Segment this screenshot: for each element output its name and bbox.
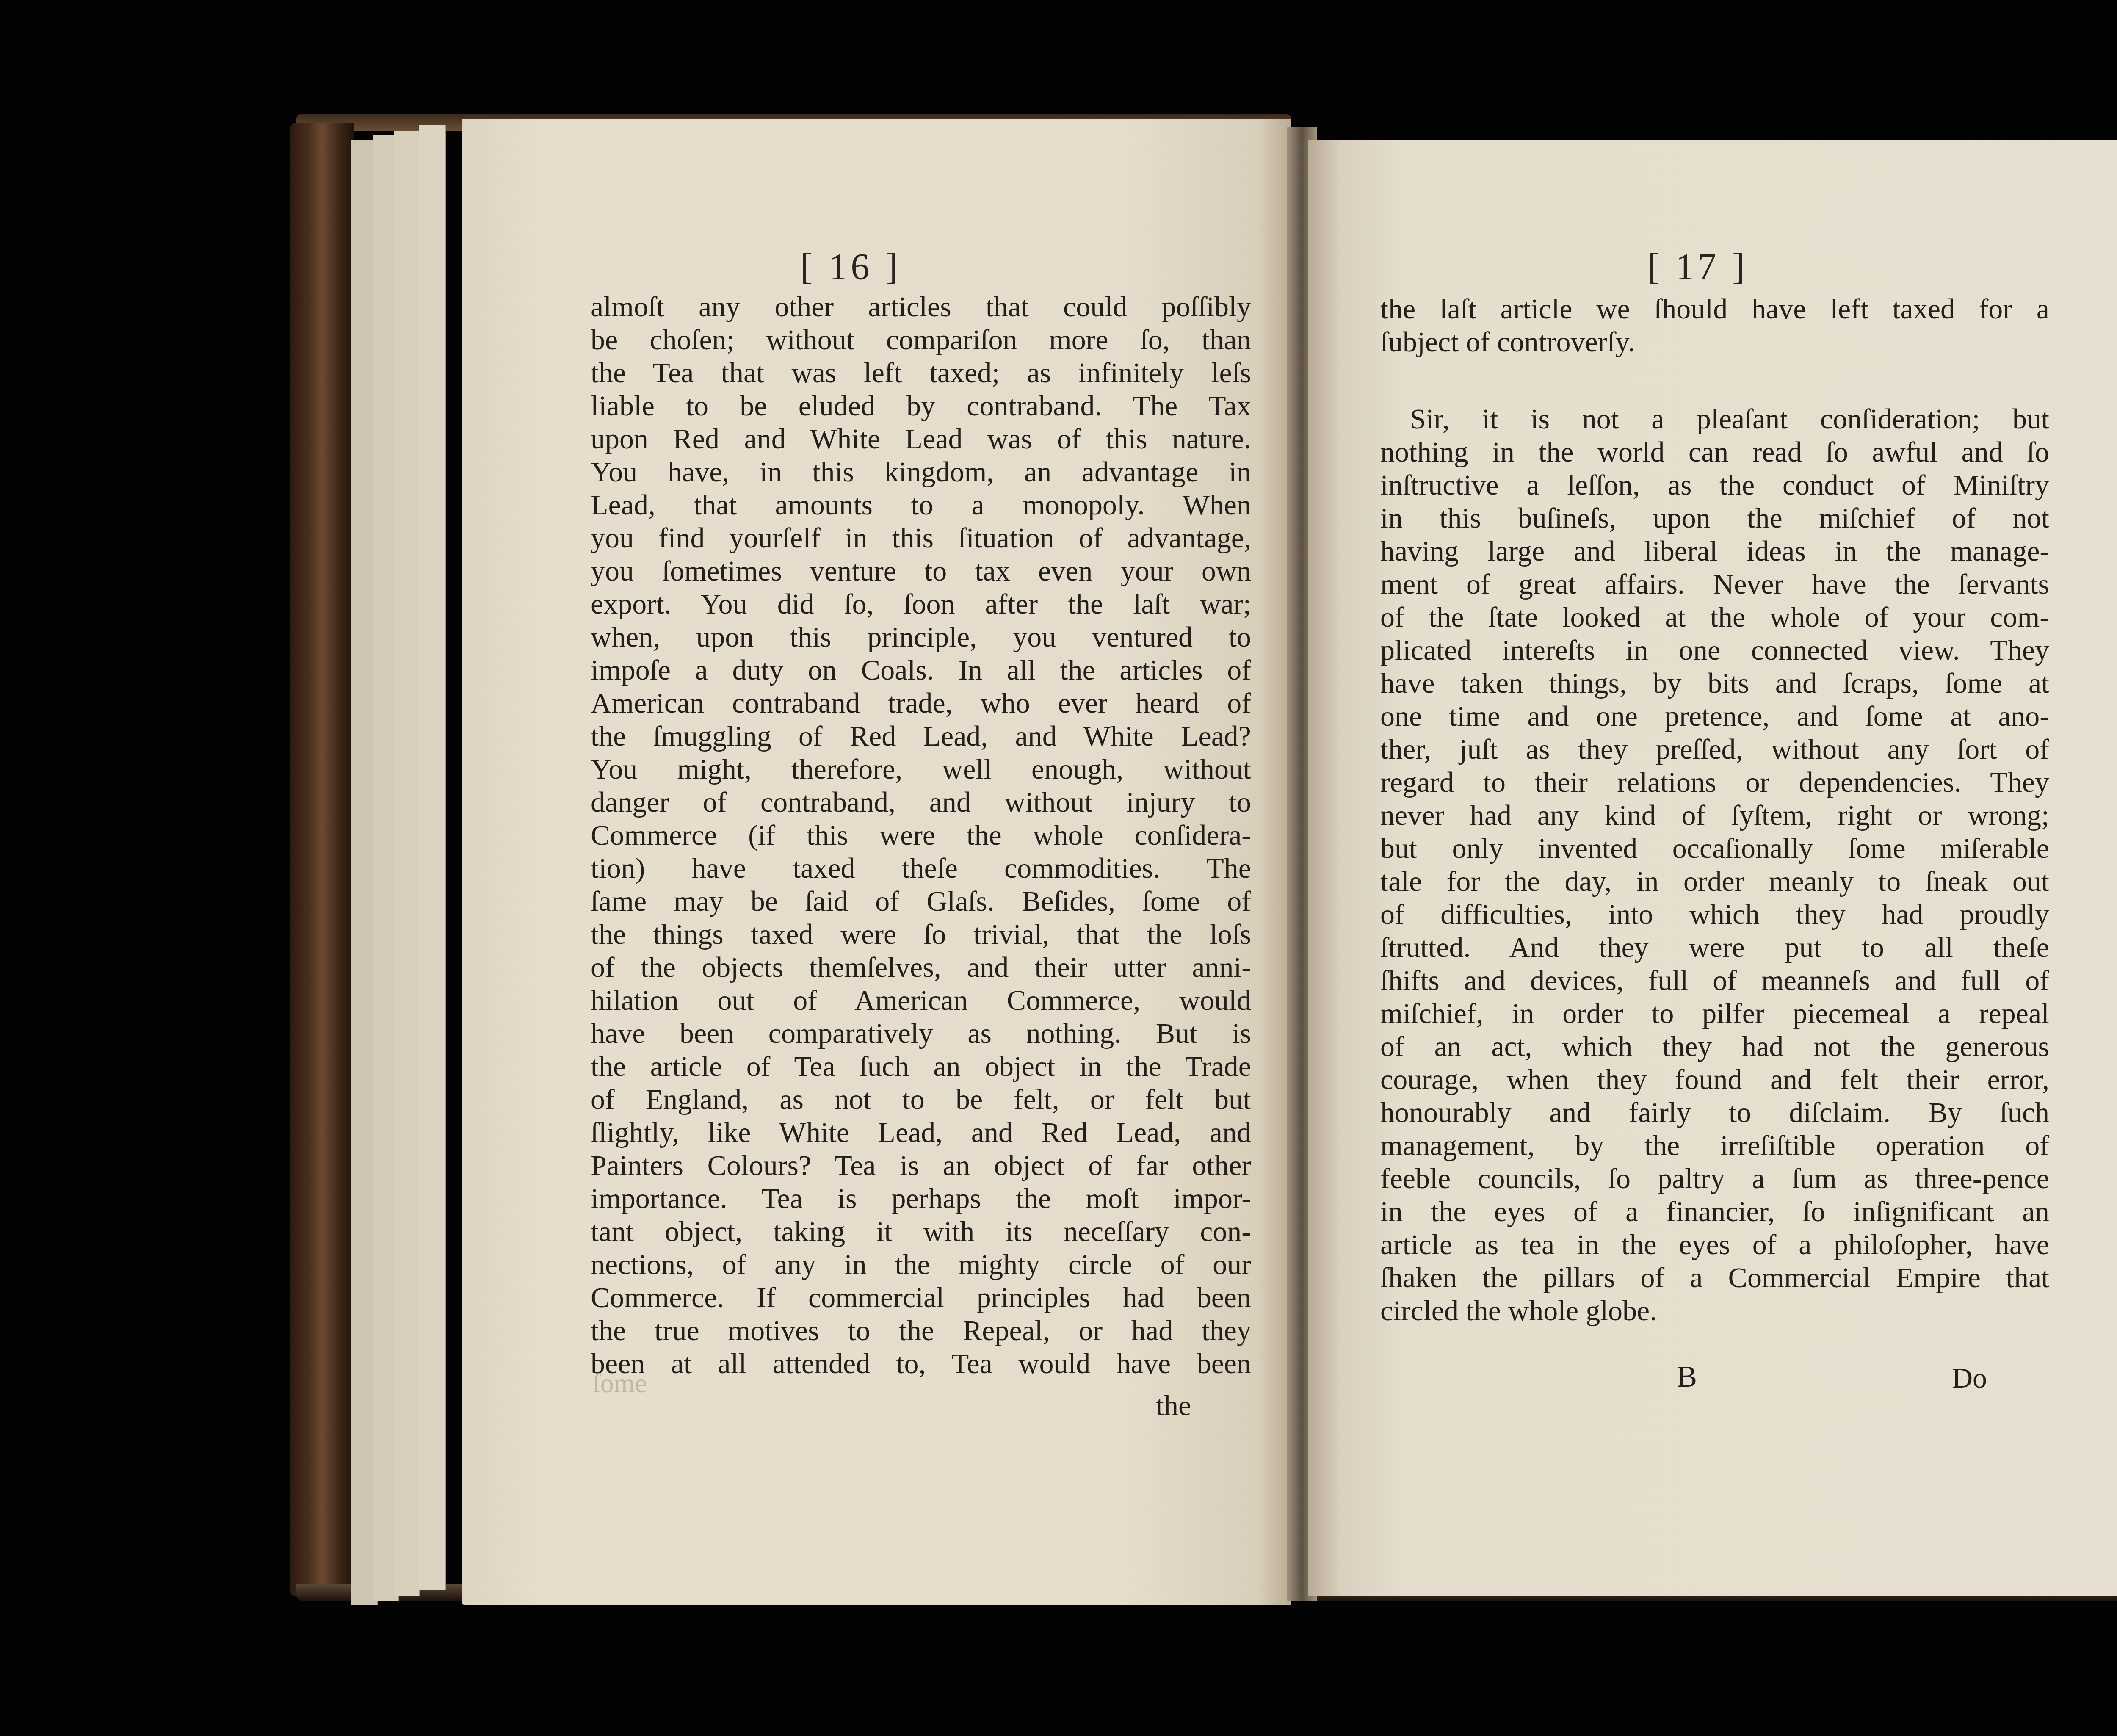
text-line: tion) have taxed theſe commodities. The: [591, 851, 1251, 885]
text-line: the ſmuggling of Red Lead, and White Lea…: [591, 719, 1251, 752]
text-line: ſhifts and devices, full of meanneſs and…: [1380, 964, 2049, 997]
page-stack-edge: [419, 125, 446, 1590]
text-line: importance. Tea is perhaps the moſt impo…: [591, 1182, 1251, 1215]
text-line: feeble councils, ſo paltry a ſum as thre…: [1380, 1162, 2049, 1195]
text-line: management, by the irreſiſtible operatio…: [1380, 1129, 2049, 1162]
text-line: ſame may be ſaid of Glaſs. Beſides, ſome…: [591, 885, 1251, 918]
text-line: Commerce (if this were the whole conſide…: [591, 818, 1251, 851]
text-line: article as tea in the eyes of a philoſop…: [1380, 1228, 2049, 1261]
book-spine-left-cover: [290, 123, 354, 1596]
page-number-left: [ 16 ]: [800, 246, 901, 288]
text-line: inſtructive a leſſon, as the conduct of …: [1380, 468, 2049, 501]
text-line: circled the whole globe.: [1380, 1294, 2049, 1327]
text-line: you ſometimes venture to tax even your o…: [591, 554, 1251, 587]
text-line: never had any kind of ſyſtem, right or w…: [1380, 799, 2049, 832]
text-line: the Tea that was left taxed; as infinite…: [591, 356, 1251, 389]
page-number-right: [ 17 ]: [1647, 246, 1748, 288]
text-line: nothing in the world can read ſo awful a…: [1380, 435, 2049, 468]
page-stack-edge: [394, 131, 420, 1596]
text-line: of an act, which they had not the genero…: [1380, 1030, 2049, 1063]
show-through-text: ſome: [593, 1368, 647, 1399]
text-line: the true motives to the Repeal, or had t…: [591, 1314, 1251, 1347]
text-line: of difficulties, into which they had pro…: [1380, 898, 2049, 931]
text-line: having large and liberal ideas in the ma…: [1380, 534, 2049, 567]
text-line: American contraband trade, who ever hear…: [591, 686, 1251, 719]
text-line: you find yourſelf in this ſituation of a…: [591, 521, 1251, 554]
text-line: impoſe a duty on Coals. In all the artic…: [591, 653, 1251, 686]
text-line: Painters Colours? Tea is an object of fa…: [591, 1149, 1251, 1182]
text-line: Commerce. If commercial principles had b…: [591, 1281, 1251, 1314]
text-line: of England, as not to be felt, or felt b…: [591, 1083, 1251, 1116]
text-line: when, upon this principle, you ventured …: [591, 620, 1251, 653]
text-line: of the ſtate looked at the whole of your…: [1380, 600, 2049, 633]
text-line: liable to be eluded by contraband. The T…: [591, 389, 1251, 422]
left-page: [ 16 ] almoſt any other articles that co…: [462, 119, 1291, 1605]
text-line: Sir, it is not a pleaſant conſideration;…: [1380, 402, 2049, 435]
text-line: the laſt article we ſhould have left tax…: [1380, 292, 2049, 325]
text-line: hilation out of American Commerce, would: [591, 984, 1251, 1017]
text-line: but only invented occaſionally ſome miſe…: [1380, 832, 2049, 865]
text-line: honourably and fairly to diſclaim. By ſu…: [1380, 1096, 2049, 1129]
right-page-paragraph-2: Sir, it is not a pleaſant conſideration;…: [1380, 402, 2049, 1327]
text-line: miſchief, in order to pilfer piecemeal a…: [1380, 997, 2049, 1030]
text-line: nections, of any in the mighty circle of…: [591, 1248, 1251, 1281]
text-line: You might, therefore, well enough, witho…: [591, 752, 1251, 785]
text-line: courage, when they found and felt their …: [1380, 1063, 2049, 1096]
text-line: upon Red and White Lead was of this natu…: [591, 422, 1251, 455]
text-line: the things taxed were ſo trivial, that t…: [591, 918, 1251, 951]
signature-mark: B: [1677, 1359, 1697, 1394]
text-line: have been comparatively as nothing. But …: [591, 1017, 1251, 1050]
text-line: ther, juſt as they preſſed, without any …: [1380, 733, 2049, 766]
catchword-right: Do: [1952, 1361, 1987, 1395]
text-line: be choſen; without compariſon more ſo, t…: [591, 323, 1251, 356]
text-line: in the eyes of a financier, ſo inſignifi…: [1380, 1195, 2049, 1228]
text-line: tant object, taking it with its neceſſar…: [591, 1215, 1251, 1248]
right-page-paragraph-1: the laſt article we ſhould have left tax…: [1380, 292, 2049, 358]
text-line: regard to their relations or dependencie…: [1380, 766, 2049, 799]
text-line: been at all attended to, Tea would have …: [591, 1347, 1251, 1380]
right-page: [ 17 ] the laſt article we ſhould have l…: [1308, 140, 2117, 1596]
catchword-left: the: [1156, 1389, 1191, 1422]
text-line: ment of great affairs. Never have the ſe…: [1380, 567, 2049, 600]
text-line: one time and one pretence, and ſome at a…: [1380, 699, 2049, 733]
text-line: tale for the day, in order meanly to ſne…: [1380, 865, 2049, 898]
text-line: almoſt any other articles that could poſ…: [591, 290, 1251, 323]
text-line: ſubject of controverſy.: [1380, 325, 2049, 358]
text-line: You have, in this kingdom, an advantage …: [591, 455, 1251, 488]
text-line: ſlightly, like White Lead, and Red Lead,…: [591, 1116, 1251, 1149]
text-line: plicated intereſts in one connected view…: [1380, 633, 2049, 666]
text-line: in this buſineſs, upon the miſchief of n…: [1380, 501, 2049, 534]
text-line: the article of Tea ſuch an object in the…: [591, 1050, 1251, 1083]
text-line: ſtrutted. And they were put to all theſe: [1380, 931, 2049, 964]
text-line: have taken things, by bits and ſcraps, ſ…: [1380, 666, 2049, 699]
text-line: danger of contraband, and without injury…: [591, 785, 1251, 818]
left-page-body-text: almoſt any other articles that could poſ…: [591, 290, 1251, 1380]
text-line: ſhaken the pillars of a Commercial Empir…: [1380, 1261, 2049, 1294]
text-line: Lead, that amounts to a monopoly. When: [591, 488, 1251, 521]
text-line: of the objects themſelves, and their utt…: [591, 951, 1251, 984]
text-line: export. You did ſo, ſoon after the laſt …: [591, 587, 1251, 620]
